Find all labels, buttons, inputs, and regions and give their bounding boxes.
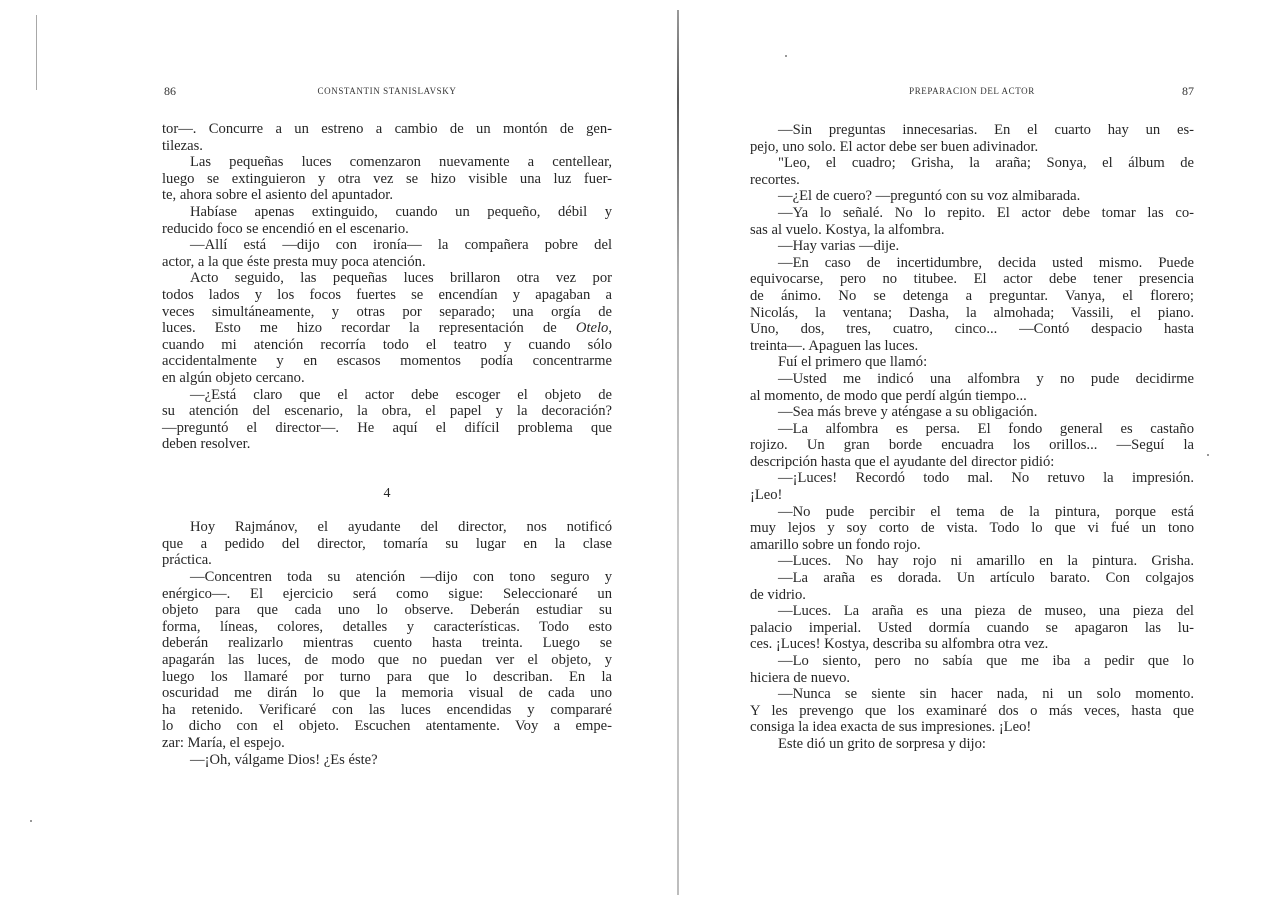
body-text: tor—. Concurre a un estreno a cambio de … (162, 121, 612, 768)
text-line: deberán realizarlo mientras cuento hasta… (162, 635, 612, 652)
text-line: Y les prevengo que los examinaré dos o m… (750, 703, 1194, 720)
text-line: recortes. (750, 172, 1194, 189)
text-line: pejo, uno solo. El actor debe ser buen a… (750, 139, 1194, 156)
text-line: —Sin preguntas innecesarias. En el cuart… (750, 122, 1194, 139)
text-line: cuando mi atención recorría todo el teat… (162, 337, 612, 354)
text-line: accidentalmente y en escasos momentos po… (162, 353, 612, 370)
text-line: luego se extinguieron y otra vez se hizo… (162, 171, 612, 188)
text-line: —preguntó el director—. He aquí el difíc… (162, 420, 612, 437)
text-line: —Luces. No hay rojo ni amarillo en la pi… (750, 553, 1194, 570)
text-line: Habíase apenas extinguido, cuando un peq… (162, 204, 612, 221)
text-line: Fuí el primero que llamó: (750, 354, 1194, 371)
blank-line (162, 469, 612, 486)
scan-edge-line (36, 15, 37, 90)
text-line: Este dió un grito de sorpresa y dijo: (750, 736, 1194, 753)
page-number: 87 (1182, 84, 1194, 99)
text-line: —La araña es dorada. Un artículo barato.… (750, 570, 1194, 587)
text-line: deben resolver. (162, 436, 612, 453)
text-line: amarillo sobre un fondo rojo. (750, 537, 1194, 554)
running-head-title: CONSTANTIN STANISLAVSKY (162, 86, 612, 96)
text-line: —Nunca se siente sin hacer nada, ni un s… (750, 686, 1194, 703)
text-line: lo dicho con el objeto. Escuchen atentam… (162, 718, 612, 735)
text-line: —Luces. La araña es una pieza de museo, … (750, 603, 1194, 620)
text-line: Nicolás, la ventana; Dasha, la almohada;… (750, 305, 1194, 322)
text-line: —Allí está —dijo con ironía— la compañer… (162, 237, 612, 254)
text-line: luego los llamaré por turno para que lo … (162, 669, 612, 686)
text-line: apagarán las luces, de modo que no pueda… (162, 652, 612, 669)
text-line: —No pude percibir el tema de la pintura,… (750, 504, 1194, 521)
text-line: luces. Esto me hizo recordar la represen… (162, 320, 612, 337)
text-line: reducido foco se encendió en el escenari… (162, 221, 612, 238)
text-line: hiciera de nuevo. (750, 670, 1194, 687)
text-line: —Hay varias —dije. (750, 238, 1194, 255)
text-line: —¿Está claro que el actor debe escoger e… (162, 387, 612, 404)
text-line: treinta—. Apaguen las luces. (750, 338, 1194, 355)
text-line: objeto para que cada uno lo observe. Deb… (162, 602, 612, 619)
text-line: equivocarse, pero no titubee. El actor d… (750, 271, 1194, 288)
text-line: —Usted me indicó una alfombra y no pude … (750, 371, 1194, 388)
text-line: —¡Oh, válgame Dios! ¿Es éste? (162, 752, 612, 769)
text-line: zar: María, el espejo. (162, 735, 612, 752)
text-line: sas al vuelo. Kostya, la alfombra. (750, 222, 1194, 239)
scan-speck (30, 820, 32, 822)
text-line: Las pequeñas luces comenzaron nuevamente… (162, 154, 612, 171)
text-line: descripción hasta que el ayudante del di… (750, 454, 1194, 471)
scan-speck (785, 55, 787, 57)
text-line: —Sea más breve y aténgase a su obligació… (750, 404, 1194, 421)
text-line: palacio imperial. Usted dormía cuando se… (750, 620, 1194, 637)
text-line: al momento, de modo que perdí algún tiem… (750, 388, 1194, 405)
body-text: —Sin preguntas innecesarias. En el cuart… (750, 122, 1194, 753)
text-line: oscuridad me dirán lo que la memoria vis… (162, 685, 612, 702)
blank-line (162, 453, 612, 470)
text-line: —En caso de incertidumbre, decida usted … (750, 255, 1194, 272)
section-number: 4 (162, 486, 612, 503)
text-line: —Lo siento, pero no sabía que me iba a p… (750, 653, 1194, 670)
running-head: 86 CONSTANTIN STANISLAVSKY (162, 86, 612, 100)
text-line: tor—. Concurre a un estreno a cambio de … (162, 121, 612, 138)
text-line: Hoy Rajmánov, el ayudante del director, … (162, 519, 612, 536)
text-line: —¡Luces! Recordó todo mal. No retuvo la … (750, 470, 1194, 487)
text-line: ha retenido. Verificaré con las luces en… (162, 702, 612, 719)
text-line: Acto seguido, las pequeñas luces brillar… (162, 270, 612, 287)
text-line: Uno, dos, tres, cuatro, cinco... —Contó … (750, 321, 1194, 338)
text-line: "Leo, el cuadro; Grisha, la araña; Sonya… (750, 155, 1194, 172)
text-line: en algún objeto cercano. (162, 370, 612, 387)
text-line: ces. ¡Luces! Kostya, describa su alfombr… (750, 636, 1194, 653)
text-line: su atención del escenario, la obra, el p… (162, 403, 612, 420)
text-line: de ánimo. No se detenga a preguntar. Van… (750, 288, 1194, 305)
text-line: consiga la idea exacta de sus impresione… (750, 719, 1194, 736)
text-line: ¡Leo! (750, 487, 1194, 504)
text-line: práctica. (162, 552, 612, 569)
blank-line (162, 503, 612, 520)
text-line: actor, a la que éste presta muy poca ate… (162, 254, 612, 271)
text-line: tilezas. (162, 138, 612, 155)
running-head: PREPARACION DEL ACTOR 87 (750, 86, 1194, 100)
text-line: de vidrio. (750, 587, 1194, 604)
text-line: que a pedido del director, tomaría su lu… (162, 536, 612, 553)
text-line: —Concentren toda su atención —dijo con t… (162, 569, 612, 586)
text-line: rojizo. Un gran borde encuadra los orill… (750, 437, 1194, 454)
scan-speck (1207, 454, 1209, 456)
text-line: —Ya lo señalé. No lo repito. El actor de… (750, 205, 1194, 222)
text-line: veces simultáneamente, y otras por separ… (162, 304, 612, 321)
text-line: te, ahora sobre el asiento del apuntador… (162, 187, 612, 204)
text-line: —¿El de cuero? —preguntó con su voz almi… (750, 188, 1194, 205)
book-gutter (677, 10, 679, 895)
running-head-title: PREPARACION DEL ACTOR (750, 86, 1194, 96)
text-line: todos lados y los focos fuertes se encen… (162, 287, 612, 304)
text-line: —La alfombra es persa. El fondo general … (750, 421, 1194, 438)
text-line: forma, líneas, colores, detalles y carac… (162, 619, 612, 636)
text-line: enérgico—. El ejercicio será como sigue:… (162, 586, 612, 603)
text-line: muy lejos y soy corto de vista. Todo lo … (750, 520, 1194, 537)
